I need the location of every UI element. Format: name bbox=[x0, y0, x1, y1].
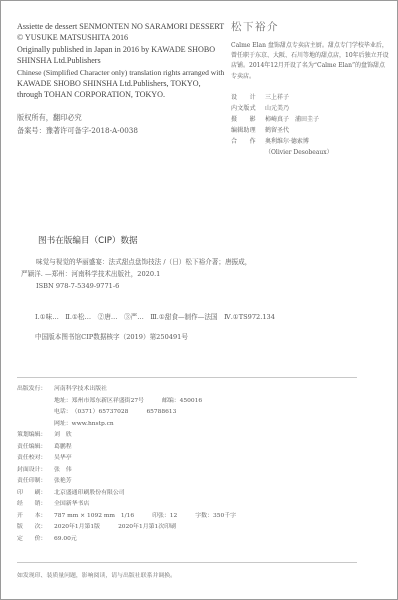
cip-entry: 味觉与视觉的华丽盛宴：法式甜点盘饰技法 /（日）松下裕介著；唐振成， 严颖洋. … bbox=[21, 256, 381, 292]
staff-value: 葛鹏程 bbox=[54, 442, 72, 454]
credit-role: 摄 影 bbox=[231, 114, 265, 125]
credit-role: 编辑助理 bbox=[231, 125, 265, 136]
price-value: 69.00元 bbox=[54, 534, 77, 546]
record-number: 备案号：豫著许可备字-2018-A-0038 bbox=[17, 125, 138, 138]
credit-row: 内文版式 山元美乃 bbox=[231, 103, 389, 114]
credit-row: 编辑助理 鹤留圣代 bbox=[231, 125, 389, 136]
phone-value: 65788613 bbox=[146, 407, 176, 419]
publisher-row: 出版发行： 河南科学技术出版社 bbox=[17, 384, 347, 396]
cip-title: 图书在版编目（CIP）数据 bbox=[38, 234, 138, 246]
staff-row: 责任印制： 张艳芳 bbox=[17, 476, 347, 488]
words-label: 字数： bbox=[195, 511, 213, 523]
staff-row: 责任校对： 吴华亭 bbox=[17, 453, 347, 465]
staff-row: 策划编辑： 刘 欣 bbox=[17, 430, 347, 442]
staff-value: 刘 欣 bbox=[54, 430, 72, 442]
divider bbox=[17, 377, 357, 378]
postcode-value: 450016 bbox=[180, 396, 203, 408]
staff-label: 策划编辑： bbox=[17, 430, 54, 442]
staff-row: 责任编辑： 葛鹏程 bbox=[17, 442, 347, 454]
staff-label: 印 刷： bbox=[17, 488, 54, 500]
price-row: 定 价： 69.00元 bbox=[17, 534, 347, 546]
phone-value: （0371）65737028 bbox=[72, 407, 129, 419]
edition-value: 2020年1月第1版 bbox=[54, 522, 100, 534]
copyright-line: KAWADE SHOBO SHINSHA Ltd.Publishers, TOK… bbox=[17, 78, 227, 89]
staff-label: 经 销： bbox=[17, 499, 54, 511]
rights-block: 版权所有，翻印必究 备案号：豫著许可备字-2018-A-0038 bbox=[17, 112, 138, 137]
credits-list: 设 计 三上祥子 内文版式 山元美乃 摄 影 柿崎真子 浦田圭子 编辑助理 鹤留… bbox=[231, 92, 389, 158]
format-label: 开 本： bbox=[17, 511, 54, 523]
credit-row: 设 计 三上祥子 bbox=[231, 92, 389, 103]
publishing-info: 出版发行： 河南科学技术出版社 地址： 郑州市郑东新区祥盛街27号 邮编： 45… bbox=[17, 384, 347, 545]
credit-name: 山元美乃 bbox=[265, 103, 289, 114]
staff-label: 责任编辑： bbox=[17, 442, 54, 454]
credit-name: 奥利维尔·德索博 bbox=[265, 136, 309, 147]
copyright-line: © YUSUKE MATSUSHITA 2016 bbox=[17, 32, 227, 43]
phone-row: 电话： （0371）65737028 65788613 bbox=[17, 407, 347, 419]
author-bio: Calme Elan 盘饰甜点专卖店主厨。甜点专门学校毕业后，曾任职于东京、大阪… bbox=[231, 41, 389, 82]
foreign-copyright-block: Assiette de dessert SENMONTEN NO SARAMOR… bbox=[17, 21, 227, 101]
copyright-line: Chinese (Simplified Character only) tran… bbox=[17, 67, 227, 78]
staff-value: 全国新华书店 bbox=[54, 499, 89, 511]
format-row: 开 本： 787 mm × 1092 mm 1/16 印张： 12 字数： 35… bbox=[17, 511, 347, 523]
copyright-page: Assiette de dessert SENMONTEN NO SARAMOR… bbox=[0, 0, 398, 600]
edition-row: 版 次： 2020年1月第1版 2020年1月第1次印刷 bbox=[17, 522, 347, 534]
cip-entry-line: 味觉与视觉的华丽盛宴：法式甜点盘饰技法 /（日）松下裕介著；唐振成， bbox=[21, 256, 381, 268]
credit-row: （Olivier Desobeaux） bbox=[231, 147, 389, 158]
phone-label: 电话： bbox=[54, 407, 72, 419]
cip-verification-number: 中国版本图书馆CIP数据核字（2019）第250491号 bbox=[35, 331, 188, 341]
price-label: 定 价： bbox=[17, 534, 54, 546]
divider bbox=[17, 562, 357, 563]
publisher-label: 出版发行： bbox=[17, 384, 54, 396]
author-block: 松下裕介 Calme Elan 盘饰甜点专卖店主厨。甜点专门学校毕业后，曾任职于… bbox=[231, 19, 389, 158]
staff-value: 张艳芳 bbox=[54, 476, 72, 488]
credit-role bbox=[231, 147, 265, 158]
staff-label: 封面设计： bbox=[17, 465, 54, 477]
credit-name: 三上祥子 bbox=[265, 92, 289, 103]
credit-role: 设 计 bbox=[231, 92, 265, 103]
staff-row: 封面设计： 张 伟 bbox=[17, 465, 347, 477]
staff-row: 印 刷： 北京盛通印刷股份有限公司 bbox=[17, 488, 347, 500]
postcode-label: 邮编： bbox=[162, 396, 180, 408]
address-row: 地址： 郑州市郑东新区祥盛街27号 邮编： 450016 bbox=[17, 396, 347, 408]
sheets-value: 12 bbox=[170, 511, 178, 523]
publisher-value: 河南科学技术出版社 bbox=[54, 384, 107, 396]
printing-value: 2020年1月第1次印刷 bbox=[118, 522, 176, 534]
staff-value: 吴华亭 bbox=[54, 453, 72, 465]
credit-name: （Olivier Desobeaux） bbox=[265, 147, 333, 158]
sheets-label: 印张： bbox=[152, 511, 170, 523]
quality-notice: 如发现印、装质量问题，影响阅读，请与出版社联系并调换。 bbox=[17, 570, 176, 579]
website-label: 网址： bbox=[54, 419, 72, 431]
credit-role: 合 作 bbox=[231, 136, 265, 147]
isbn: ISBN 978-7-5349-9771-6 bbox=[21, 280, 381, 292]
cip-classification: Ⅰ.①味… Ⅱ.①松… ②唐… ③严… Ⅲ.①甜食—制作—法国 Ⅳ.①TS972… bbox=[35, 311, 275, 321]
edition-label: 版 次： bbox=[17, 522, 54, 534]
format-value: 787 mm × 1092 mm 1/16 bbox=[54, 511, 134, 523]
staff-value: 张 伟 bbox=[54, 465, 72, 477]
rights-reserved: 版权所有，翻印必究 bbox=[17, 112, 138, 125]
credit-role: 内文版式 bbox=[231, 103, 265, 114]
staff-row: 经 销： 全国新华书店 bbox=[17, 499, 347, 511]
website-row: 网址： www.hnstp.cn bbox=[17, 419, 347, 431]
credit-name: 鹤留圣代 bbox=[265, 125, 289, 136]
copyright-line: Assiette de dessert SENMONTEN NO SARAMOR… bbox=[17, 21, 227, 32]
copyright-line: Originally published in Japan in 2016 by… bbox=[17, 44, 227, 55]
staff-label: 责任印制： bbox=[17, 476, 54, 488]
words-value: 350千字 bbox=[213, 511, 236, 523]
staff-value: 北京盛通印刷股份有限公司 bbox=[54, 488, 125, 500]
address-label: 地址： bbox=[54, 396, 72, 408]
copyright-line: through TOHAN CORPORATION, TOKYO. bbox=[17, 89, 227, 100]
author-name: 松下裕介 bbox=[231, 19, 389, 34]
cip-entry-line: 严颖洋. —郑州：河南科学技术出版社，2020.1 bbox=[21, 268, 381, 280]
address-value: 郑州市郑东新区祥盛街27号 bbox=[72, 396, 144, 408]
credit-row: 合 作 奥利维尔·德索博 bbox=[231, 136, 389, 147]
copyright-line: SHINSHA Ltd.Publishers bbox=[17, 55, 227, 66]
website-value: www.hnstp.cn bbox=[72, 419, 114, 431]
staff-label: 责任校对： bbox=[17, 453, 54, 465]
credit-name: 柿崎真子 浦田圭子 bbox=[265, 114, 319, 125]
credit-row: 摄 影 柿崎真子 浦田圭子 bbox=[231, 114, 389, 125]
